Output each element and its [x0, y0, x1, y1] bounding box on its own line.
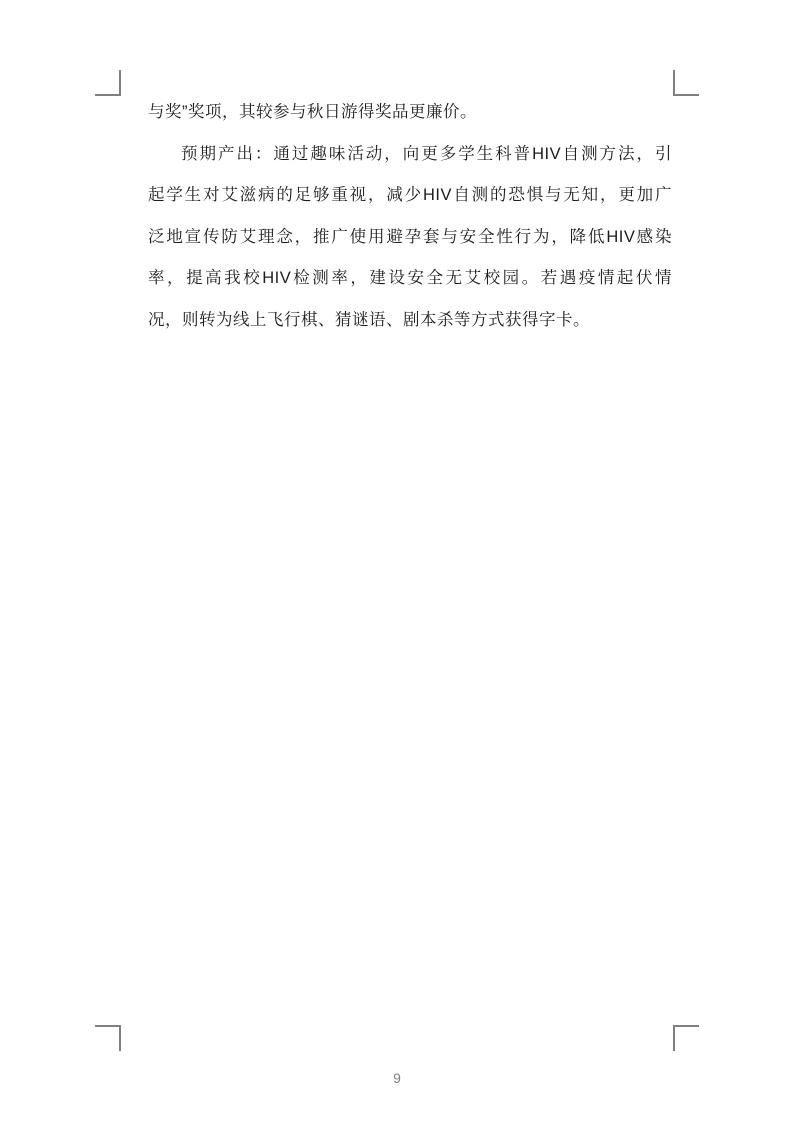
- crop-mark-bottom-left-icon: [95, 1025, 121, 1051]
- page-number: 9: [0, 1070, 794, 1086]
- paragraph-2-line-1: 预期产出：通过趣味活动，向更多学生科普HIV自测方法，引: [148, 134, 672, 176]
- document-page: 与奖”奖项，其较参与秋日游得奖品更廉价。 预期产出：通过趣味活动，向更多学生科普…: [0, 0, 794, 1123]
- paragraph-2-line-2: 起学生对艾滋病的足够重视，减少HIV自测的恐惧与无知，更加广: [148, 175, 672, 217]
- paragraph-2-line-4: 率，提高我校HIV检测率，建设安全无艾校园。若遇疫情起伏情: [148, 258, 672, 300]
- crop-mark-top-left-icon: [95, 70, 121, 96]
- crop-mark-bottom-right-icon: [673, 1025, 699, 1051]
- paragraph-2-line-5: 况，则转为线上飞行棋、猜谜语、剧本杀等方式获得字卡。: [148, 300, 672, 342]
- paragraph-1-line-1: 与奖”奖项，其较参与秋日游得奖品更廉价。: [148, 92, 672, 134]
- paragraph-2-line-3: 泛地宣传防艾理念，推广使用避孕套与安全性行为，降低HIV感染: [148, 217, 672, 259]
- crop-mark-top-right-icon: [673, 70, 699, 96]
- body-text: 与奖”奖项，其较参与秋日游得奖品更廉价。 预期产出：通过趣味活动，向更多学生科普…: [148, 92, 672, 341]
